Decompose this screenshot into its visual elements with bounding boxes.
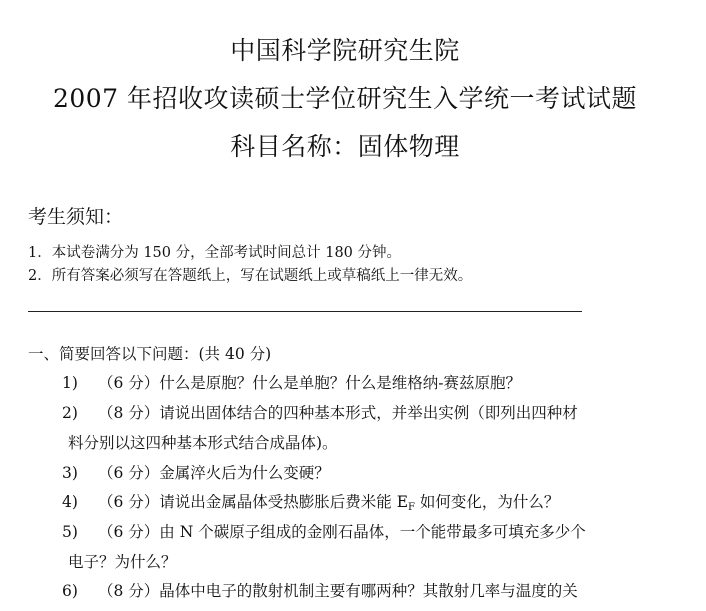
question-text-part: （6 分）请说出金属晶体受热膨胀后费米能 E <box>98 493 408 511</box>
question-text-continued: 电子？为什么？ <box>68 551 177 573</box>
institution-title: 中国科学院研究生院 <box>0 36 690 66</box>
question-text: （6 分）由 N 个碳原子组成的金刚石晶体，一个能带最多可填充多少个 <box>98 521 586 543</box>
question-text: （6 分）请说出金属晶体受热膨胀后费米能 EF 如何变化，为什么？ <box>98 491 559 519</box>
notice-item-1: 1．本试卷满分为 150 分，全部考试时间总计 180 分钟。 <box>28 243 401 263</box>
question-text: （6 分）什么是原胞？什么是单胞？什么是维格纳-赛兹原胞？ <box>98 372 521 394</box>
question-text: （8 分）请说出固体结合的四种基本形式，并举出实例（即列出四种材 <box>98 402 578 424</box>
notice-heading: 考生须知： <box>28 205 123 229</box>
question-number: 4) <box>62 491 78 513</box>
question-number: 3) <box>62 462 78 484</box>
question-number: 6) <box>62 580 78 602</box>
question-text-continued: 料分别以这四种基本形式结合成晶体)。 <box>68 432 338 454</box>
question-text: （8 分）晶体中电子的散射机制主要有哪两种？其散射几率与温度的关 <box>98 580 578 602</box>
exam-title: 2007 年招收攻读硕士学位研究生入学统一考试试题 <box>0 84 690 114</box>
divider <box>28 311 582 312</box>
section-heading: 一、简要回答以下问题：(共 40 分) <box>28 343 271 365</box>
fermi-subscript: F <box>408 502 415 513</box>
question-number: 5) <box>62 521 78 543</box>
question-number: 2) <box>62 402 78 424</box>
subject-title: 科目名称：固体物理 <box>0 132 690 162</box>
question-text: （6 分）金属淬火后为什么变硬？ <box>98 462 330 484</box>
question-number: 1) <box>62 372 78 394</box>
question-text-part: 如何变化，为什么？ <box>415 493 559 511</box>
notice-item-2: 2．所有答案必须写在答题纸上，写在试题纸上或草稿纸上一律无效。 <box>28 266 472 286</box>
